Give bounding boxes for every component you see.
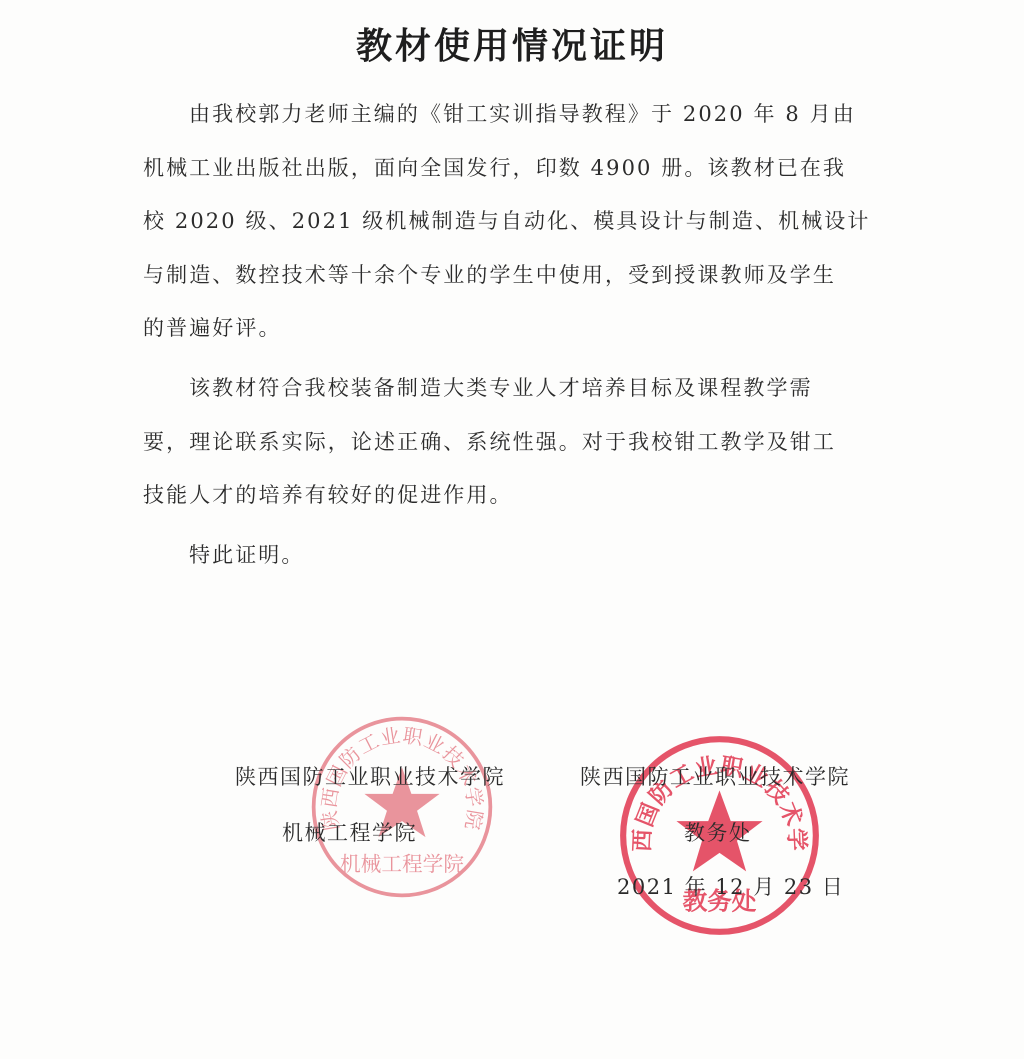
signature-right-department: 教务处 (684, 817, 752, 847)
signature-date: 2021 年 12 月 23 日 (617, 871, 844, 901)
signature-left-department: 机械工程学院 (282, 817, 417, 847)
official-stamp-mechanical-engineering: 陕西国防工业职业技术学院 机械工程学院 (308, 713, 496, 901)
paragraph-line: 该教材符合我校装备制造大类专业人才培养目标及课程教学需 (143, 362, 883, 416)
signature-right-institution: 陕西国防工业职业技术学院 (580, 761, 850, 791)
paragraph-1: 由我校郭力老师主编的《钳工实训指导教程》于 2020 年 8 月由 机械工业出版… (143, 88, 883, 356)
stamp-seal-icon: 陕西国防工业职业技术学院 机械工程学院 (308, 713, 496, 901)
svg-text:机械工程学院: 机械工程学院 (340, 852, 464, 876)
paragraph-closing: 特此证明。 (143, 529, 883, 583)
paragraph-line: 与制造、数控技术等十余个专业的学生中使用，受到授课教师及学生 (143, 249, 883, 303)
paragraph-2: 该教材符合我校装备制造大类专业人才培养目标及课程教学需 要，理论联系实际，论述正… (143, 362, 883, 523)
document-title: 教材使用情况证明 (0, 18, 1024, 69)
paragraph-line: 由我校郭力老师主编的《钳工实训指导教程》于 2020 年 8 月由 (143, 88, 883, 142)
paragraph-line: 特此证明。 (143, 529, 883, 583)
document-page: 教材使用情况证明 由我校郭力老师主编的《钳工实训指导教程》于 2020 年 8 … (0, 0, 1024, 1059)
paragraph-line: 技能人才的培养有较好的促进作用。 (143, 469, 883, 523)
signature-left-institution: 陕西国防工业职业技术学院 (235, 761, 505, 791)
paragraph-line: 校 2020 级、2021 级机械制造与自动化、模具设计与制造、机械设计 (143, 195, 883, 249)
paragraph-line: 要，理论联系实际，论述正确、系统性强。对于我校钳工教学及钳工 (143, 416, 883, 470)
paragraph-line: 机械工业出版社出版，面向全国发行，印数 4900 册。该教材已在我 (143, 142, 883, 196)
paragraph-line: 的普遍好评。 (143, 302, 883, 356)
